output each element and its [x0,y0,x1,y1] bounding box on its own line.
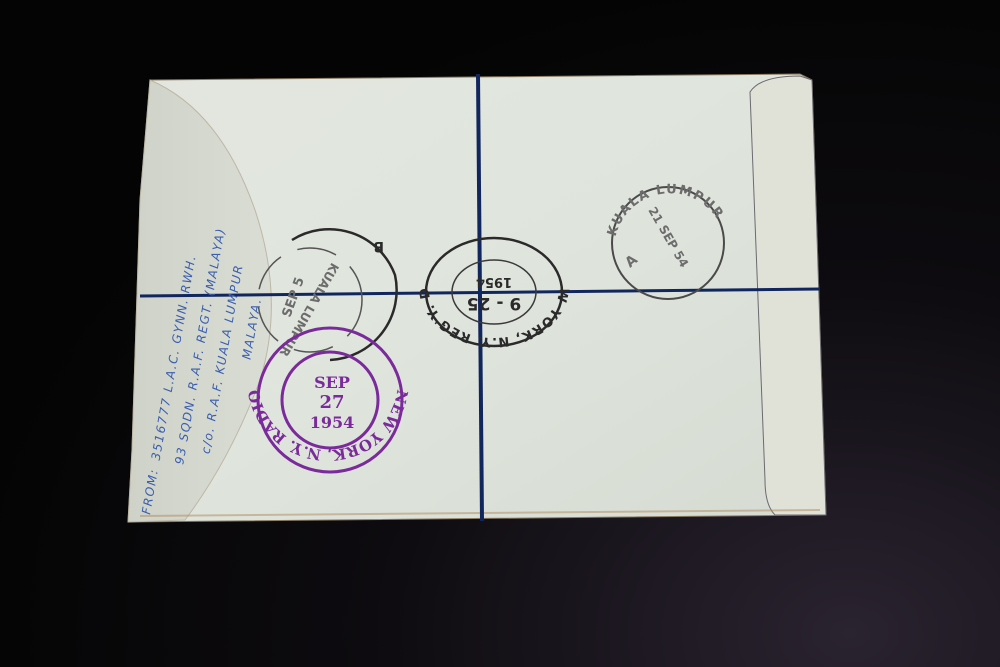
envelope-photo: FROM: 3516777 L.A.C. GYNN. RWH. 93 SQDN.… [0,0,1000,667]
radio-month: SEP [314,373,350,392]
radio-day: 27 [319,392,344,413]
radio-year: 1954 [310,413,355,432]
ny-registry-year: 1954 [476,274,512,289]
ny-registry-date: 9 - 25 [467,293,521,313]
partial-kl-code: B [373,238,384,254]
